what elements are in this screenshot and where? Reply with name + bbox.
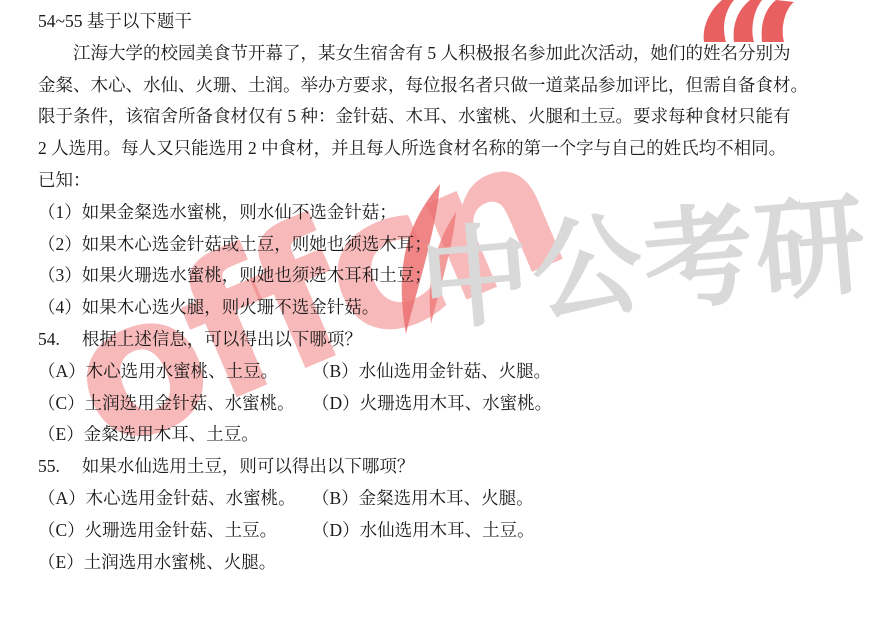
exam-document-page: offcn 中公考研 54~55 基于以下题干 江海大学的校园美食节开幕了，某女… bbox=[0, 0, 874, 619]
question-55-header: 55.如果水仙选用土豆，则可以得出以下哪项？ bbox=[38, 451, 850, 483]
stem-line: 金粲、木心、水仙、火珊、土润。举办方要求，每位报名者只做一道菜品参加评比，但需自… bbox=[38, 70, 850, 102]
option-row: （C）火珊选用金针菇、土豆。 （D）水仙选用木耳、土豆。 bbox=[38, 515, 850, 547]
option-c: （C）火珊选用金针菇、土豆。 bbox=[38, 515, 312, 547]
condition-item: （2）如果木心选金针菇或土豆，则她也须选木耳； bbox=[38, 229, 850, 261]
stem-line: 2 人选用。每人又只能选用 2 中食材，并且每人所选食材名称的第一个字与自己的姓… bbox=[38, 133, 850, 165]
condition-item: （4）如果木心选火腿，则火珊不选金针菇。 bbox=[38, 292, 850, 324]
option-row: （A）木心选用水蜜桃、土豆。 （B）水仙选用金针菇、火腿。 bbox=[38, 356, 850, 388]
stem-line: 限于条件，该宿舍所备食材仅有 5 种：金针菇、木耳、水蜜桃、火腿和土豆。要求每种… bbox=[38, 101, 850, 133]
question-54-header: 54.根据上述信息，可以得出以下哪项？ bbox=[38, 324, 850, 356]
question-number: 54. bbox=[38, 329, 60, 349]
option-row: （A）木心选用金针菇、水蜜桃。 （B）金粲选用木耳、火腿。 bbox=[38, 483, 850, 515]
known-label: 已知： bbox=[38, 165, 850, 197]
question-prompt: 如果水仙选用土豆，则可以得出以下哪项？ bbox=[82, 456, 415, 476]
option-a: （A）木心选用金针菇、水蜜桃。 bbox=[38, 483, 312, 515]
option-d: （D）水仙选用木耳、土豆。 bbox=[312, 515, 535, 547]
page-header: 54~55 基于以下题干 bbox=[38, 6, 850, 38]
option-e: （E）金粲选用木耳、土豆。 bbox=[38, 419, 850, 451]
question-prompt: 根据上述信息，可以得出以下哪项？ bbox=[82, 329, 362, 349]
option-c: （C）土润选用金针菇、水蜜桃。 bbox=[38, 388, 312, 420]
condition-item: （1）如果金粲选水蜜桃，则水仙不选金针菇； bbox=[38, 197, 850, 229]
option-a: （A）木心选用水蜜桃、土豆。 bbox=[38, 356, 312, 388]
stem-line: 江海大学的校园美食节开幕了，某女生宿舍有 5 人积极报名参加此次活动，她们的姓名… bbox=[38, 38, 850, 70]
option-b: （B）金粲选用木耳、火腿。 bbox=[312, 483, 534, 515]
question-content: 54~55 基于以下题干 江海大学的校园美食节开幕了，某女生宿舍有 5 人积极报… bbox=[0, 0, 874, 578]
option-d: （D）火珊选用木耳、水蜜桃。 bbox=[312, 388, 552, 420]
option-row: （C）土润选用金针菇、水蜜桃。 （D）火珊选用木耳、水蜜桃。 bbox=[38, 388, 850, 420]
question-number: 55. bbox=[38, 456, 60, 476]
option-b: （B）水仙选用金针菇、火腿。 bbox=[312, 356, 551, 388]
condition-item: （3）如果火珊选水蜜桃，则她也须选木耳和土豆； bbox=[38, 260, 850, 292]
option-e: （E）土润选用水蜜桃、火腿。 bbox=[38, 547, 850, 579]
